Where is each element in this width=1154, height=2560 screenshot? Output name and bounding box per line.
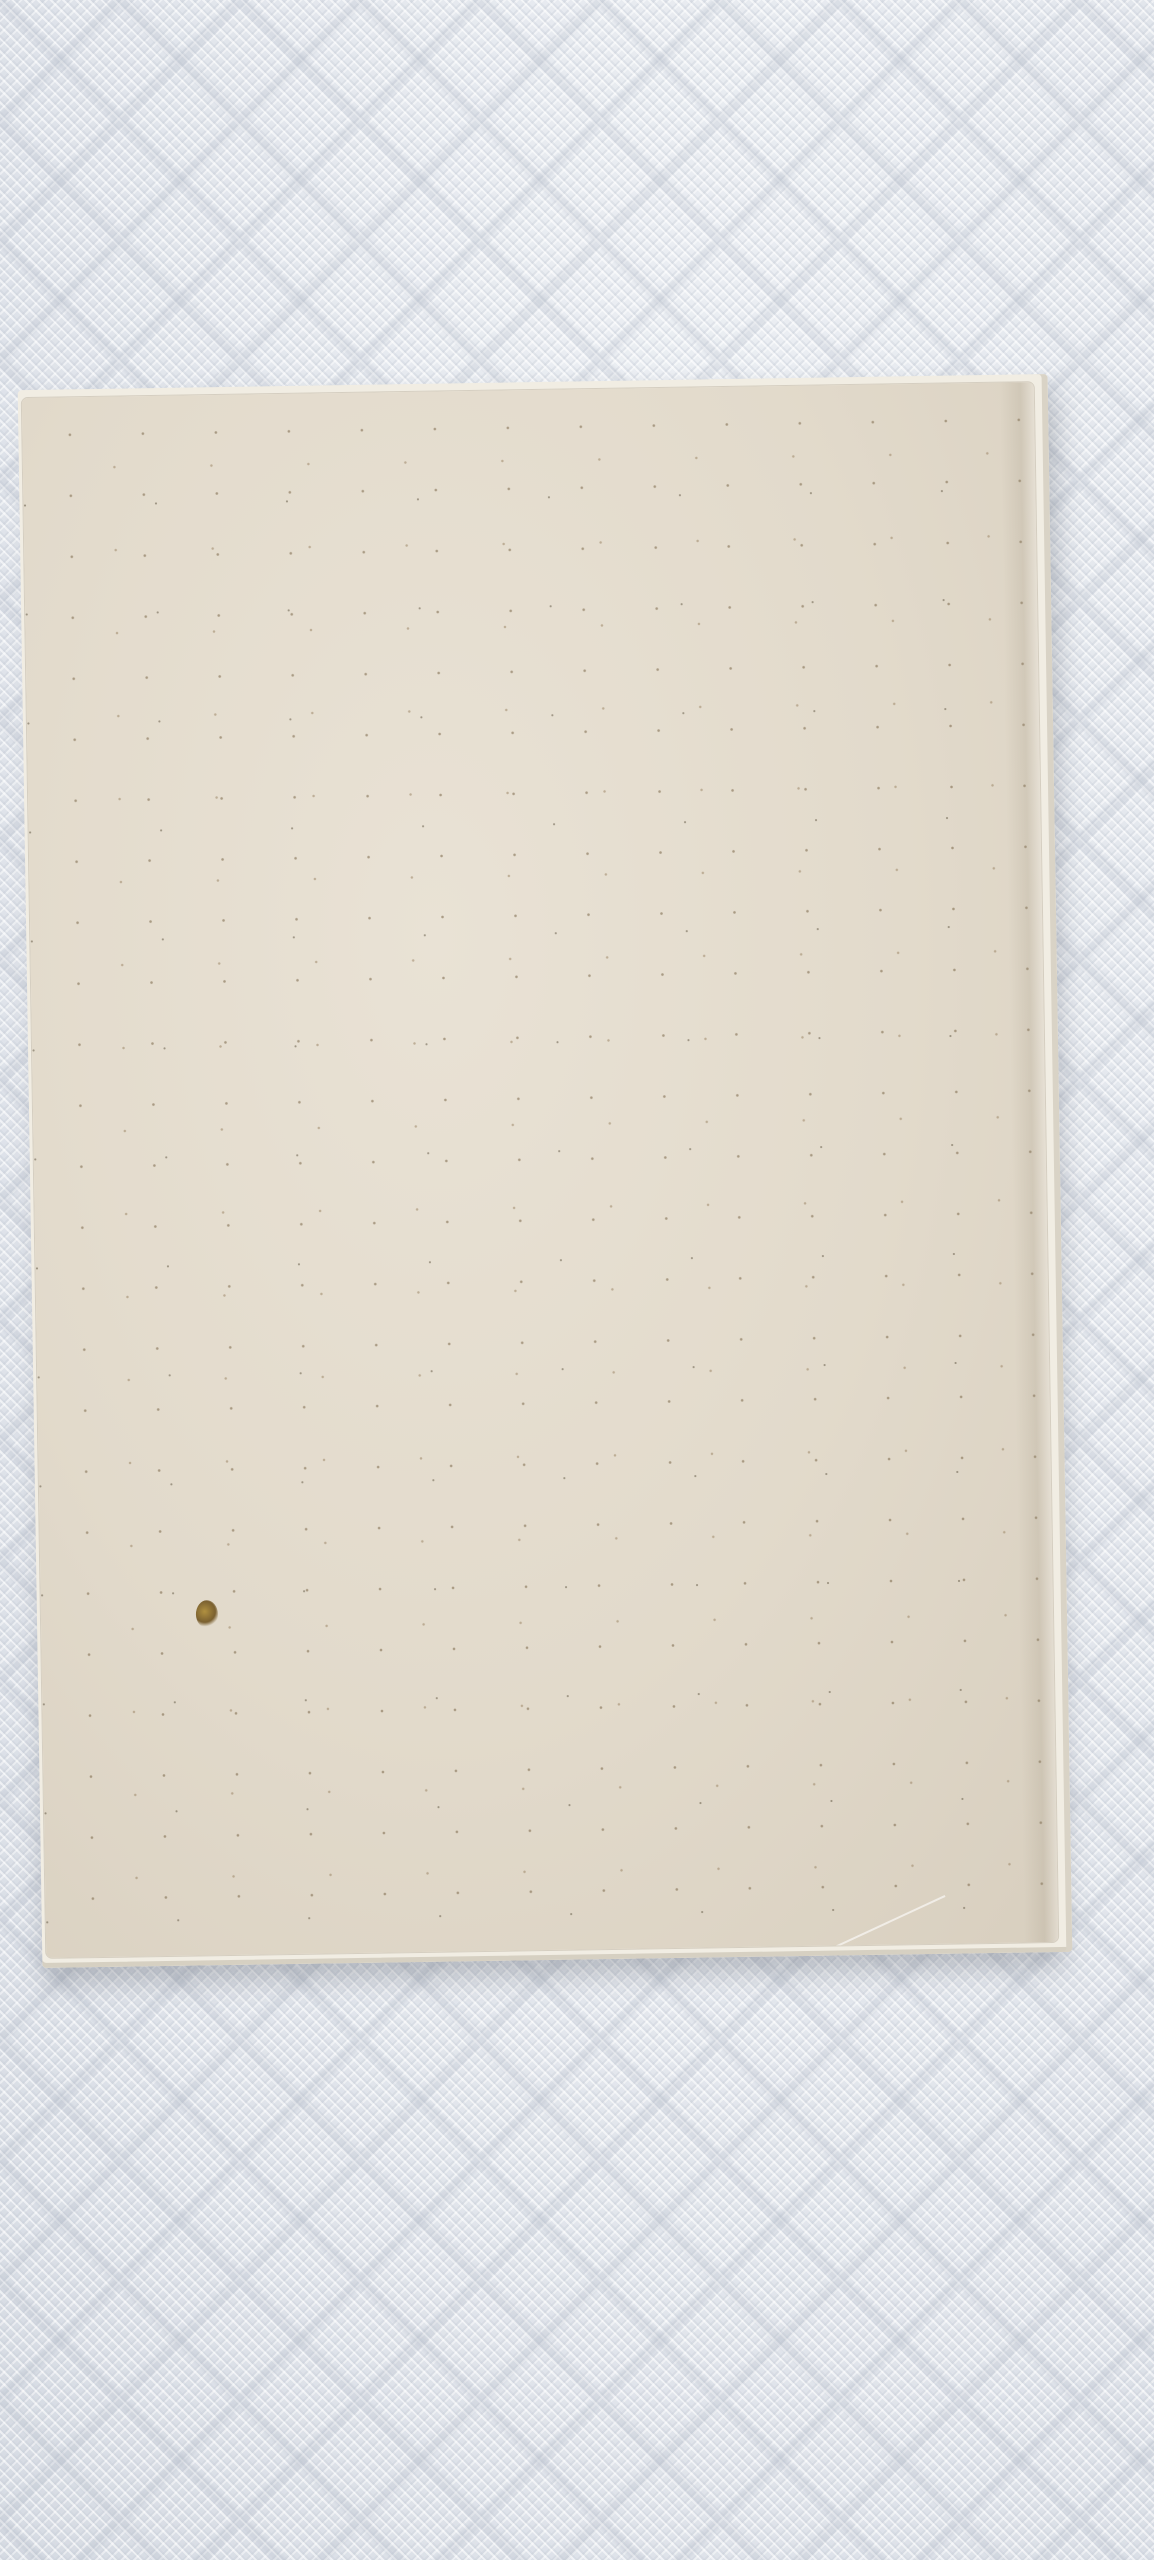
paper-speckles: [22, 382, 1058, 1958]
booklet-back-cover: [22, 382, 1058, 1958]
paper-stain: [196, 1600, 218, 1628]
